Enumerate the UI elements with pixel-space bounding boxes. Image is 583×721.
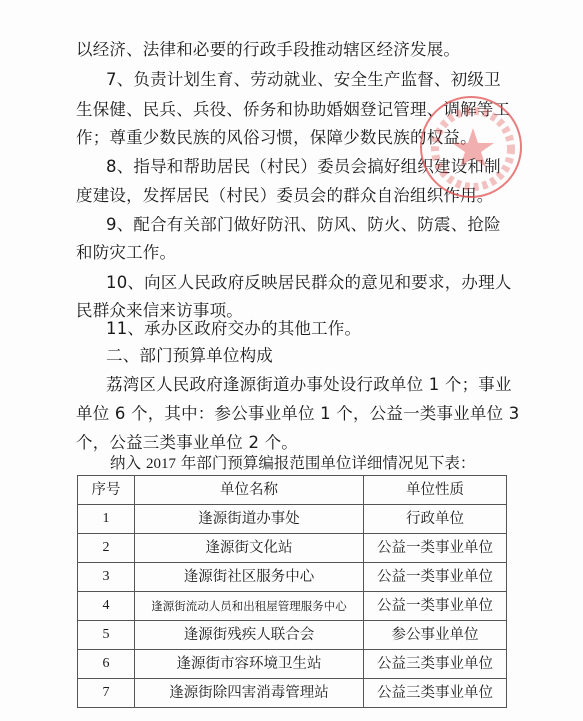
document-page: 以经济、法律和必要的行政手段推动辖区经济发展。 7、负责计划生育、劳动就业、安全…: [0, 0, 583, 721]
paragraph-line: 度建设，发挥居民（村民）委员会的群众自治组织作用。: [76, 186, 494, 206]
row-index: 6: [78, 650, 135, 679]
paragraph-line: 荔湾区人民政府逢源街道办事处设行政单位 1 个；事业: [106, 375, 512, 395]
row-unit-type: 公益一类事业单位: [364, 592, 507, 621]
paragraph-item-9: 9、配合有关部门做好防汛、防风、防火、防震、抢险: [106, 215, 501, 235]
section-heading: 二、部门预算单位构成: [106, 346, 273, 366]
row-index: 3: [78, 563, 135, 592]
paragraph-item-8: 8、指导和帮助居民（村民）委员会搞好组织建设和制: [106, 157, 501, 177]
paragraph-line: 以经济、法律和必要的行政手段推动辖区经济发展。: [76, 40, 460, 60]
row-unit-name: 逢源街道办事处: [135, 505, 364, 534]
table-header-row: 序号 单位名称 单位性质: [78, 476, 507, 505]
paragraph-line: 单位 6 个，其中：参公事业单位 1 个，公益一类事业单位 3: [76, 404, 519, 424]
row-unit-name: 逢源街文化站: [135, 534, 364, 563]
row-index: 7: [78, 679, 135, 708]
caption-suffix: 年部门预算编报范围单位详细情况见下表：: [176, 454, 475, 472]
row-unit-name: 逢源街除四害消毒管理站: [135, 679, 364, 708]
row-unit-type: 参公事业单位: [364, 621, 507, 650]
paragraph-item-10: 10、向区人民政府反映居民群众的意见和要求，办理人: [106, 273, 512, 293]
paragraph-line: 和防灾工作。: [76, 243, 176, 263]
row-unit-name: 逢源街流动人员和出租屋管理服务中心: [135, 592, 364, 621]
row-index: 4: [78, 592, 135, 621]
row-unit-type: 公益三类事业单位: [364, 679, 507, 708]
row-unit-name: 逢源街社区服务中心: [135, 563, 364, 592]
row-index: 1: [78, 505, 135, 534]
paragraph-line: 个，公益三类事业单位 2 个。: [76, 433, 298, 453]
caption-year: 2017: [146, 456, 176, 472]
paragraph-item-7: 7、负责计划生育、劳动就业、安全生产监督、初级卫: [106, 70, 501, 90]
table-row: 4 逢源街流动人员和出租屋管理服务中心 公益一类事业单位: [78, 592, 507, 621]
row-unit-type: 公益一类事业单位: [364, 563, 507, 592]
row-unit-name: 逢源街残疾人联合会: [135, 621, 364, 650]
table-row: 6 逢源街市容环境卫生站 公益三类事业单位: [78, 650, 507, 679]
budget-units-table: 序号 单位名称 单位性质 1 逢源街道办事处 行政单位 2 逢源街文化站 公益一…: [77, 475, 507, 708]
table-row: 1 逢源街道办事处 行政单位: [78, 505, 507, 534]
table-row: 2 逢源街文化站 公益一类事业单位: [78, 534, 507, 563]
header-unit-name: 单位名称: [135, 476, 364, 505]
row-unit-name: 逢源街市容环境卫生站: [135, 650, 364, 679]
table-row: 3 逢源街社区服务中心 公益一类事业单位: [78, 563, 507, 592]
table-row: 7 逢源街除四害消毒管理站 公益三类事业单位: [78, 679, 507, 708]
caption-prefix: 纳入: [110, 454, 146, 472]
header-unit-type: 单位性质: [364, 476, 507, 505]
row-index: 2: [78, 534, 135, 563]
paragraph-item-11: 11、承办区政府交办的其他工作。: [106, 319, 361, 339]
row-index: 5: [78, 621, 135, 650]
paragraph-line: 作；尊重少数民族的风俗习惯，保障少数民族的权益。: [76, 128, 477, 148]
table-row: 5 逢源街残疾人联合会 参公事业单位: [78, 621, 507, 650]
paragraph-line: 民群众来信来访事项。: [76, 301, 243, 321]
header-index: 序号: [78, 476, 135, 505]
row-unit-type: 行政单位: [364, 505, 507, 534]
row-unit-type: 公益一类事业单位: [364, 534, 507, 563]
table-caption: 纳入 2017 年部门预算编报范围单位详细情况见下表：: [110, 453, 475, 474]
paragraph-line: 生保健、民兵、兵役、侨务和协助婚姻登记管理、调解等工: [76, 100, 510, 120]
row-unit-type: 公益三类事业单位: [364, 650, 507, 679]
